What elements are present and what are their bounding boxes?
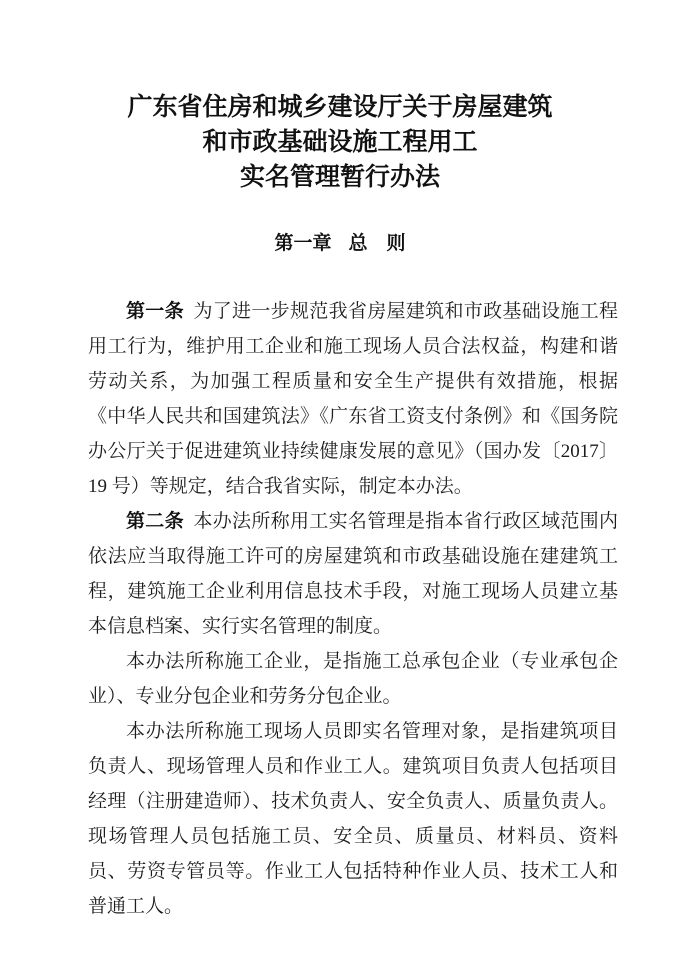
chapter-heading: 第一章总 则 — [0, 231, 680, 257]
paragraph-article-2-cont-1: 本办法所称施工企业，是指施工总承包企业（专业承包企业）、专业分包企业和劳务分包企… — [88, 644, 618, 714]
paragraph-article-2: 第二条本办法所称用工实名管理是指本省行政区域范围内依法应当取得施工许可的房屋建筑… — [88, 504, 618, 644]
title-line-3: 实名管理暂行办法 — [0, 160, 680, 195]
document-page: 广东省住房和城乡建设厅关于房屋建筑 和市政基础设施工程用工 实名管理暂行办法 第… — [0, 0, 680, 962]
article-1-text: 为了进一步规范我省房屋建筑和市政基础设施工程用工行为，维护用工企业和施工现场人员… — [88, 301, 618, 497]
chapter-title: 总 则 — [349, 233, 406, 254]
article-2-number: 第二条 — [126, 511, 184, 532]
document-body: 第一条为了进一步规范我省房屋建筑和市政基础设施工程用工行为，维护用工企业和施工现… — [88, 294, 618, 924]
paragraph-article-2-cont-2: 本办法所称施工现场人员即实名管理对象，是指建筑项目负责人、现场管理人员和作业工人… — [88, 714, 618, 924]
article-2-cont-1-text: 本办法所称施工企业，是指施工总承包企业（专业承包企业）、专业分包企业和劳务分包企… — [88, 651, 618, 707]
article-2-cont-2-text: 本办法所称施工现场人员即实名管理对象，是指建筑项目负责人、现场管理人员和作业工人… — [88, 721, 618, 917]
chapter-number: 第一章 — [274, 233, 331, 254]
title-line-2: 和市政基础设施工程用工 — [0, 125, 680, 160]
title-line-1: 广东省住房和城乡建设厅关于房屋建筑 — [0, 90, 680, 125]
document-title: 广东省住房和城乡建设厅关于房屋建筑 和市政基础设施工程用工 实名管理暂行办法 — [0, 0, 680, 195]
article-1-number: 第一条 — [126, 301, 184, 322]
paragraph-article-1: 第一条为了进一步规范我省房屋建筑和市政基础设施工程用工行为，维护用工企业和施工现… — [88, 294, 618, 504]
